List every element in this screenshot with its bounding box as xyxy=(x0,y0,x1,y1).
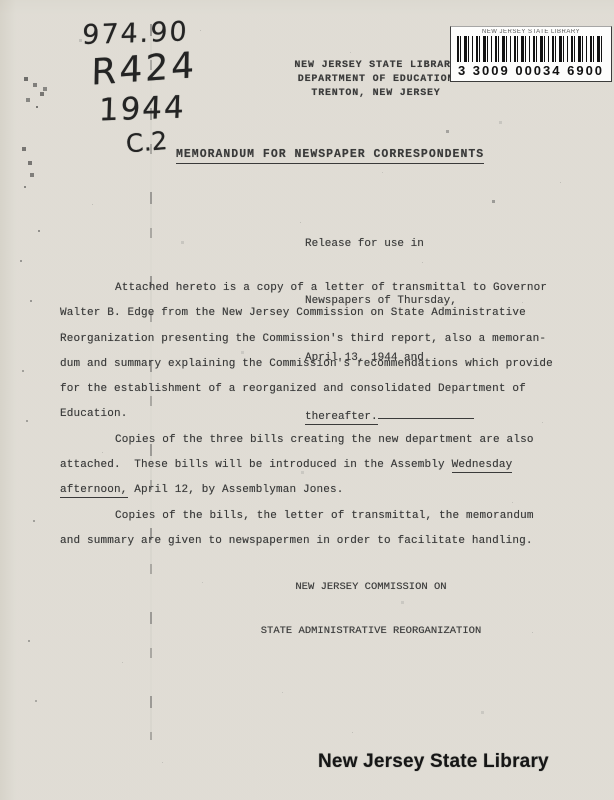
body-line: Reorganization presenting the Commission… xyxy=(60,327,560,352)
release-line: Release for use in xyxy=(305,235,474,254)
memo-body: Attached hereto is a copy of a letter of… xyxy=(60,276,560,554)
body-underlined-word: afternoon, xyxy=(60,484,128,498)
call-number: 974.90 R424 1944 C.2 xyxy=(82,18,200,156)
body-line: dum and summary explaining the Commissio… xyxy=(60,352,560,377)
barcode-caption: NEW JERSEY STATE LIBRARY xyxy=(451,29,611,35)
call-number-cutter: R424 xyxy=(91,48,197,91)
body-line: Education. xyxy=(60,402,560,427)
signature-block: NEW JERSEY COMMISSION ON STATE ADMINISTR… xyxy=(248,551,494,667)
body-line: Copies of the bills, the letter of trans… xyxy=(60,504,560,529)
call-number-class: 974.90 xyxy=(82,18,197,49)
scan-noise-dark xyxy=(0,0,2,2)
barcode-image xyxy=(457,36,605,62)
call-number-year: 1944 xyxy=(98,92,199,127)
signature-line: STATE ADMINISTRATIVE REORGANIZATION xyxy=(248,624,494,639)
memo-title: MEMORANDUM FOR NEWSPAPER CORRESPONDENTS xyxy=(176,148,484,164)
body-line: Attached hereto is a copy of a letter of… xyxy=(60,276,560,301)
body-line: attached. These bills will be introduced… xyxy=(60,453,560,478)
barcode-label-sticker: NEW JERSEY STATE LIBRARY 3 3009 00034 69… xyxy=(450,26,612,82)
signature-line: NEW JERSEY COMMISSION ON xyxy=(248,580,494,595)
body-underlined-word: Wednesday xyxy=(452,459,513,473)
body-line: Walter B. Edge from the New Jersey Commi… xyxy=(60,301,560,326)
letterhead-department: DEPARTMENT OF EDUCATION xyxy=(290,73,462,87)
body-segment: attached. These bills will be introduced… xyxy=(60,459,452,471)
body-line: for the establishment of a reorganized a… xyxy=(60,377,560,402)
body-line: afternoon, April 12, by Assemblyman Jone… xyxy=(60,478,560,503)
letterhead-library: NEW JERSEY STATE LIBRARY xyxy=(290,59,462,73)
body-line: Copies of the three bills creating the n… xyxy=(60,428,560,453)
scanned-memo-page: 974.90 R424 1944 C.2 NEW JERSEY STATE LI… xyxy=(0,0,614,800)
body-segment: April 12, by Assemblyman Jones. xyxy=(128,484,344,496)
library-stamp: New Jersey State Library xyxy=(318,751,549,773)
letterhead: NEW JERSEY STATE LIBRARY DEPARTMENT OF E… xyxy=(290,59,462,101)
letterhead-city: TRENTON, NEW JERSEY xyxy=(290,87,462,101)
barcode-number: 3 3009 00034 6900 xyxy=(451,63,611,78)
